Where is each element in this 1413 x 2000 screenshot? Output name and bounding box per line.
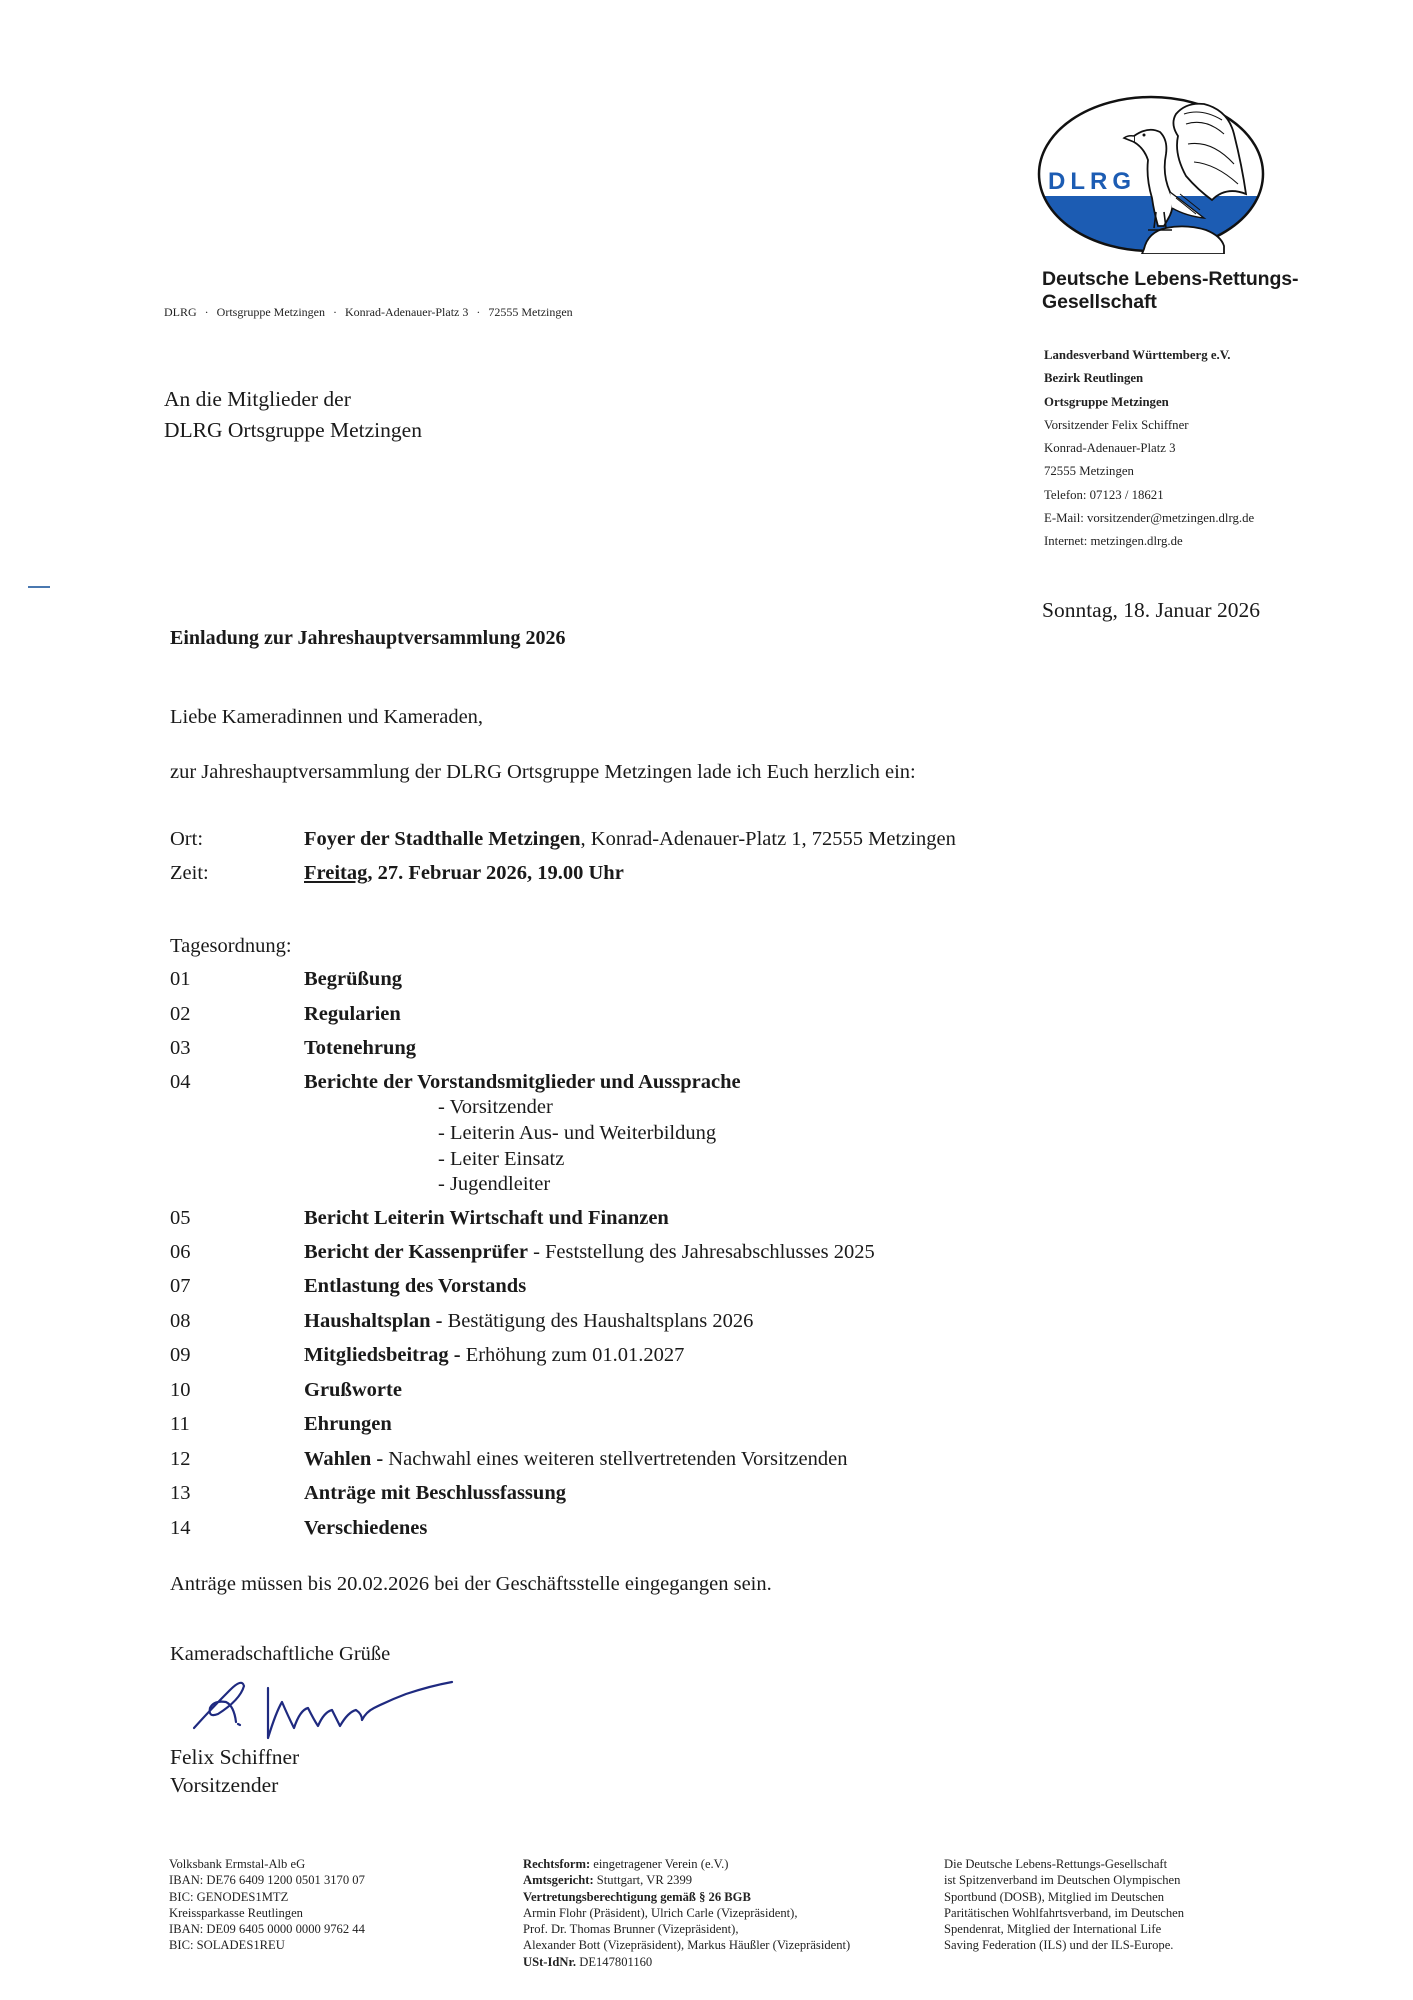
- agenda-item: 09Mitgliedsbeitrag - Erhöhung zum 01.01.…: [170, 1344, 684, 1370]
- agenda-item-number: 03: [170, 1037, 304, 1060]
- signer-name: Felix Schiffner: [170, 1743, 299, 1771]
- recipient-address: An die Mitglieder der DLRG Ortsgruppe Me…: [164, 384, 422, 446]
- footer-about-line: Die Deutsche Lebens-Rettungs-Gesellschaf…: [944, 1856, 1184, 1872]
- letter-subject: Einladung zur Jahreshauptversammlung 202…: [170, 627, 565, 650]
- agenda-item-detail: Nachwahl eines weiteren stellvertretende…: [383, 1448, 847, 1470]
- agenda-item-title: Totenehrung: [304, 1037, 416, 1059]
- footer-about-line: Spendenrat, Mitglied der International L…: [944, 1921, 1184, 1937]
- dlrg-eagle-logo-icon: DLRG: [1036, 94, 1266, 254]
- agenda-item: 02Regularien: [170, 1003, 401, 1029]
- sender-org: DLRG: [164, 305, 197, 319]
- footer-persons-line: Prof. Dr. Thomas Brunner (Vizepräsident)…: [523, 1921, 850, 1937]
- recipient-line2: DLRG Ortsgruppe Metzingen: [164, 415, 422, 446]
- sender-address-line: DLRG·Ortsgruppe Metzingen·Konrad-Adenaue…: [164, 305, 573, 320]
- agenda-item-number: 05: [170, 1207, 304, 1230]
- footer-bank-line: IBAN: DE76 6409 1200 0501 3170 07: [169, 1872, 365, 1888]
- agenda-sub-item: - Leiterin Aus- und Weiterbildung: [438, 1122, 716, 1145]
- agenda-sub-item: - Vorsitzender: [438, 1096, 553, 1119]
- contact-website[interactable]: Internet: metzingen.dlrg.de: [1044, 530, 1254, 553]
- separator: ·: [468, 305, 488, 319]
- footer-bank-line: BIC: SOLADES1REU: [169, 1937, 365, 1953]
- greeting: Liebe Kameradinnen und Kameraden,: [170, 706, 483, 729]
- agenda-item-title: Haushaltsplan -: [304, 1310, 442, 1332]
- agenda-item-number: 13: [170, 1482, 304, 1505]
- agenda-item-title: Ehrungen: [304, 1413, 392, 1435]
- sender-city: 72555 Metzingen: [488, 305, 572, 319]
- footer-bank-line: Kreissparkasse Reutlingen: [169, 1905, 365, 1921]
- venue-address: , Konrad-Adenauer-Platz 1, 72555 Metzing…: [581, 828, 956, 850]
- footer-legal-info: Rechtsform: eingetragener Verein (e.V.) …: [523, 1856, 850, 1970]
- ustid-label: USt-IdNr.: [523, 1955, 576, 1969]
- rechtsform-label: Rechtsform:: [523, 1857, 590, 1871]
- agenda-item-title: Verschiedenes: [304, 1517, 427, 1539]
- svg-text:DLRG: DLRG: [1048, 168, 1136, 195]
- agenda-item-title: Begrüßung: [304, 968, 402, 990]
- footer-about-line: Paritätischen Wohlfahrtsverband, im Deut…: [944, 1905, 1184, 1921]
- agenda-item: 06Bericht der Kassenprüfer - Feststellun…: [170, 1241, 875, 1267]
- organization-name: Deutsche Lebens-Rettungs- Gesellschaft: [1042, 268, 1298, 314]
- separator: ·: [325, 305, 345, 319]
- agenda-item-number: 07: [170, 1275, 304, 1298]
- agenda-item: 04Berichte der Vorstandsmitglieder und A…: [170, 1071, 741, 1097]
- agenda-item: 13Anträge mit Beschlussfassung: [170, 1482, 566, 1508]
- contact-ortsgruppe: Ortsgruppe Metzingen: [1044, 391, 1254, 414]
- footer-about-line: Saving Federation (ILS) und der ILS-Euro…: [944, 1937, 1184, 1953]
- agenda-item: 14Verschiedenes: [170, 1517, 427, 1543]
- agenda-sub-item: - Jugendleiter: [438, 1173, 550, 1196]
- footer-rechtsform: Rechtsform: eingetragener Verein (e.V.): [523, 1856, 850, 1872]
- footer-about-line: Sportbund (DOSB), Mitglied im Deutschen: [944, 1889, 1184, 1905]
- agenda-item-title: Bericht der Kassenprüfer: [304, 1241, 528, 1263]
- time-row: Zeit:Freitag, 27. Februar 2026, 19.00 Uh…: [170, 862, 624, 885]
- org-name-line1: Deutsche Lebens-Rettungs-: [1042, 268, 1298, 291]
- agenda-item: 10Grußworte: [170, 1379, 402, 1405]
- footer-amtsgericht: Amtsgericht: Stuttgart, VR 2399: [523, 1872, 850, 1888]
- sender-street: Konrad-Adenauer-Platz 3: [345, 305, 468, 319]
- contact-block: Landesverband Württemberg e.V. Bezirk Re…: [1044, 344, 1254, 554]
- ustid-value: DE147801160: [576, 1955, 652, 1969]
- letter-date: Sonntag, 18. Januar 2026: [1042, 598, 1260, 623]
- contact-bezirk: Bezirk Reutlingen: [1044, 367, 1254, 390]
- amtsgericht-label: Amtsgericht:: [523, 1873, 594, 1887]
- footer-bank-details: Volksbank Ermstal-Alb eGIBAN: DE76 6409 …: [169, 1856, 365, 1954]
- agenda-item-detail: Erhöhung zum 01.01.2027: [461, 1344, 685, 1366]
- agenda-item-title: Entlastung des Vorstands: [304, 1275, 526, 1297]
- contact-chairman: Vorsitzender Felix Schiffner: [1044, 414, 1254, 437]
- agenda-item-title: Mitgliedsbeitrag -: [304, 1344, 461, 1366]
- deadline-note: Anträge müssen bis 20.02.2026 bei der Ge…: [170, 1573, 772, 1596]
- agenda-item: 05Bericht Leiterin Wirtschaft und Finanz…: [170, 1207, 669, 1233]
- footer-persons-line: Armin Flohr (Präsident), Ulrich Carle (V…: [523, 1905, 850, 1921]
- agenda-item-detail: - Feststellung des Jahresabschlusses 202…: [528, 1241, 875, 1263]
- agenda-item-title: Grußworte: [304, 1379, 402, 1401]
- signer-block: Felix Schiffner Vorsitzender: [170, 1743, 299, 1799]
- agenda-item-number: 08: [170, 1310, 304, 1333]
- agenda-item-number: 04: [170, 1071, 304, 1094]
- agenda-item-number: 01: [170, 968, 304, 991]
- recipient-line1: An die Mitglieder der: [164, 384, 422, 415]
- agenda-item: 11Ehrungen: [170, 1413, 392, 1439]
- closing: Kameradschaftliche Grüße: [170, 1643, 390, 1666]
- agenda-item-title: Berichte der Vorstandsmitglieder und Aus…: [304, 1071, 741, 1093]
- venue-row: Ort:Foyer der Stadthalle Metzingen, Konr…: [170, 828, 956, 851]
- amtsgericht-value: Stuttgart, VR 2399: [594, 1873, 692, 1887]
- contact-landesverband: Landesverband Württemberg e.V.: [1044, 344, 1254, 367]
- agenda-item-detail: Bestätigung des Haushaltsplans 2026: [442, 1310, 753, 1332]
- separator: ·: [197, 305, 217, 319]
- contact-city: 72555 Metzingen: [1044, 460, 1254, 483]
- agenda-item: 07Entlastung des Vorstands: [170, 1275, 526, 1301]
- footer-bank-line: BIC: GENODES1MTZ: [169, 1889, 365, 1905]
- signature-icon: [190, 1672, 480, 1744]
- agenda-item-title: Bericht Leiterin Wirtschaft und Finanzen: [304, 1207, 669, 1229]
- intro-text: zur Jahreshauptversammlung der DLRG Orts…: [170, 761, 916, 784]
- agenda-item-number: 09: [170, 1344, 304, 1367]
- footer-about-dlrg: Die Deutsche Lebens-Rettungs-Gesellschaf…: [944, 1856, 1184, 1954]
- agenda-item-title: Anträge mit Beschlussfassung: [304, 1482, 566, 1504]
- sender-group: Ortsgruppe Metzingen: [217, 305, 325, 319]
- agenda-item-number: 14: [170, 1517, 304, 1540]
- agenda-item-number: 11: [170, 1413, 304, 1436]
- agenda-item: 01Begrüßung: [170, 968, 402, 994]
- fold-mark: [28, 586, 50, 588]
- footer-bank-line: IBAN: DE09 6405 0000 0000 9762 44: [169, 1921, 365, 1937]
- footer-ustid: USt-IdNr. DE147801160: [523, 1954, 850, 1970]
- time-label: Zeit:: [170, 862, 304, 885]
- agenda-item: 03Totenehrung: [170, 1037, 416, 1063]
- agenda-item-number: 02: [170, 1003, 304, 1026]
- rechtsform-value: eingetragener Verein (e.V.): [590, 1857, 728, 1871]
- footer-vertretung-label: Vertretungsberechtigung gemäß § 26 BGB: [523, 1889, 850, 1905]
- agenda-item-number: 12: [170, 1448, 304, 1471]
- agenda-item-number: 10: [170, 1379, 304, 1402]
- agenda-sub-item: - Leiter Einsatz: [438, 1148, 564, 1171]
- venue-name: Foyer der Stadthalle Metzingen: [304, 828, 581, 850]
- contact-email[interactable]: E-Mail: vorsitzender@metzingen.dlrg.de: [1044, 507, 1254, 530]
- venue-label: Ort:: [170, 828, 304, 851]
- footer-about-line: ist Spitzenverband im Deutschen Olympisc…: [944, 1872, 1184, 1888]
- agenda-label: Tagesordnung:: [170, 935, 292, 958]
- footer-persons-line: Alexander Bott (Vizepräsident), Markus H…: [523, 1937, 850, 1953]
- org-name-line2: Gesellschaft: [1042, 291, 1298, 314]
- time-value: , 27. Februar 2026, 19.00 Uhr: [367, 862, 623, 884]
- contact-phone: Telefon: 07123 / 18621: [1044, 484, 1254, 507]
- agenda-item-title: Regularien: [304, 1003, 401, 1025]
- agenda-item-number: 06: [170, 1241, 304, 1264]
- agenda-item: 08Haushaltsplan - Bestätigung des Hausha…: [170, 1310, 753, 1336]
- contact-street: Konrad-Adenauer-Platz 3: [1044, 437, 1254, 460]
- agenda-item-title: Wahlen -: [304, 1448, 383, 1470]
- footer-bank-line: Volksbank Ermstal-Alb eG: [169, 1856, 365, 1872]
- signer-role: Vorsitzender: [170, 1771, 299, 1799]
- agenda-item: 12Wahlen - Nachwahl eines weiteren stell…: [170, 1448, 847, 1474]
- time-weekday: Freitag: [304, 862, 367, 884]
